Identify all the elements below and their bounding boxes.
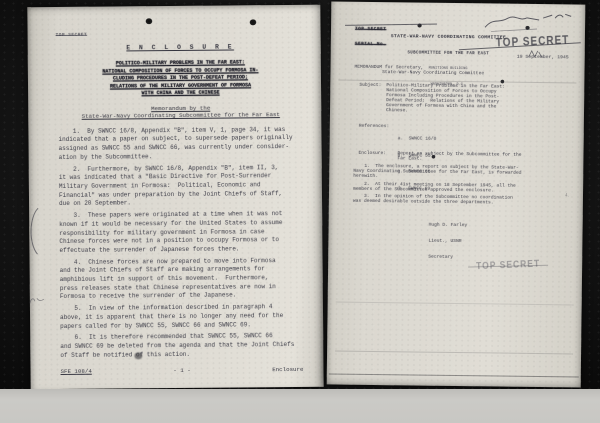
top-secret-stamp: TOP SECRET	[496, 35, 570, 51]
enclosure-paragraphs: 1. By SWNCC 16/8, Appendix "B", item V, …	[58, 126, 305, 361]
enclosure-text: Report on subject by the Subcommittee fo…	[397, 152, 521, 163]
page-number: - 1 -	[173, 367, 190, 374]
page-footer: SFE 108/4 - 1 - Enclosure	[60, 366, 303, 375]
memorandum-heading: Memorandum by the State-War-Navy Coordin…	[58, 104, 303, 121]
enclosure-footer-label: Enclosure	[272, 366, 303, 373]
reference-item: a. SWNCC 16/8	[398, 136, 437, 142]
signature-block: Hugh D. Farley Lieut., USNR Secretary	[428, 212, 467, 272]
subject-label: Subject:	[359, 84, 381, 89]
paragraph-2: 2. Furthermore, by SWNCC 16/8, Appendix …	[59, 163, 304, 209]
paragraph-5: 5. In view of the information described …	[60, 303, 305, 331]
paper-crease	[336, 302, 574, 306]
signature-name: Hugh D. Farley	[429, 222, 468, 228]
margin-numeral-annotation: 4.	[565, 193, 569, 198]
handwritten-margin-bracket-annotation	[25, 205, 41, 257]
paragraph-3: 3. In the opinion of the Subcommittee no…	[353, 195, 569, 207]
memorandum-heading-line: State-War-Navy Coordinating Subcommittee…	[58, 111, 303, 121]
paragraph-6: 6. It is therefore recommended that SWNC…	[60, 332, 305, 360]
subject-title-block: POLITICO-MILITARY PROBLEMS IN THE FAR EA…	[58, 59, 303, 99]
handwritten-scrawl-annotation	[481, 9, 573, 36]
handwritten-pencil-annotation	[28, 295, 46, 305]
subject-text: Politico-Military Problems in the Far Ea…	[386, 84, 505, 115]
scanned-document-photograph: TOP SECRET E N C L O S U R E POLITICO-MI…	[0, 0, 600, 423]
signature-title: Secretary	[428, 255, 467, 261]
memorandum-address-block: MEMORANDUM for Secretary, State-War-Navy…	[354, 66, 484, 77]
paper-crease	[335, 351, 573, 355]
paragraph-1: 1. The enclosure, a report on subject by…	[353, 165, 569, 182]
enclosure-label: Enclosure:	[358, 152, 386, 157]
signature-rank: Lieut., USNR	[428, 239, 467, 245]
enclosure-page: TOP SECRET E N C L O S U R E POLITICO-MI…	[27, 5, 323, 390]
document-number: SFE 108/4	[60, 368, 91, 375]
memorandum-page: TOP SECRET SERIAL No. STATE-WAR-NAVY COO…	[327, 1, 586, 387]
photo-background: TOP SECRET E N C L O S U R E POLITICO-MI…	[0, 0, 600, 389]
scan-background	[0, 389, 600, 423]
page-bottom-edge-shadow	[329, 373, 579, 377]
enclosure-page-body: E N C L O S U R E POLITICO-MILITARY PROB…	[57, 23, 305, 363]
ink-smudge	[134, 352, 142, 359]
references-label: References:	[359, 125, 389, 130]
enclosure-heading: E N C L O S U R E	[58, 43, 303, 52]
paragraph-4: 4. Chinese forces are now prepared to mo…	[60, 257, 305, 303]
paragraph-1: 1. By SWNCC 16/8, Appendix "B", item V, …	[58, 126, 303, 163]
title-line: WITH CHINA AND THE CHINESE	[58, 89, 303, 99]
paragraph-3: 3. These papers were originated at a tim…	[59, 210, 304, 256]
